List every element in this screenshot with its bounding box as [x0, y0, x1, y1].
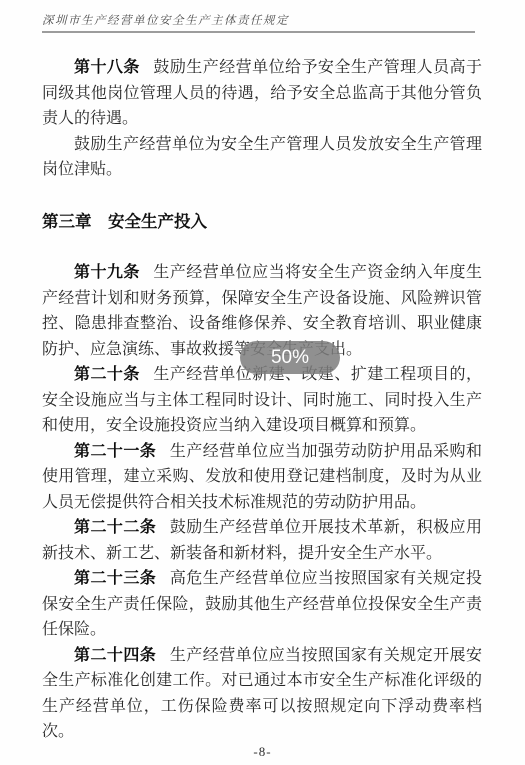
document-body: 第十八条鼓励生产经营单位给予安全生产管理人员高于同级其他岗位管理人员的待遇，给予…: [42, 55, 482, 745]
article-24-number: 第二十四条: [74, 647, 156, 664]
article-18-paragraph-2-text: 鼓励生产经营单位为安全生产管理人员发放安全生产管理岗位津贴。: [42, 136, 482, 179]
article-18-paragraph: 第十八条鼓励生产经营单位给予安全生产管理人员高于同级其他岗位管理人员的待遇，给予…: [42, 55, 482, 132]
chapter-3-heading: 第三章 安全生产投入: [42, 209, 482, 235]
article-21-number: 第二十一条: [74, 443, 156, 460]
article-21-paragraph: 第二十一条生产经营单位应当加强劳动防护用品采购和使用管理，建立采购、发放和使用登…: [42, 439, 482, 516]
article-22-number: 第二十二条: [74, 519, 156, 536]
article-23-number: 第二十三条: [74, 570, 156, 587]
page-number: -8-: [0, 744, 525, 760]
document-page: 深圳市生产经营单位安全生产主体责任规定 第十八条鼓励生产经营单位给予安全生产管理…: [0, 0, 525, 765]
article-18-paragraph-2: 鼓励生产经营单位为安全生产管理人员发放安全生产管理岗位津贴。: [42, 132, 482, 183]
article-19-number: 第十九条: [74, 264, 140, 281]
running-header-title: 深圳市生产经营单位安全生产主体责任规定: [42, 12, 289, 28]
article-24-paragraph: 第二十四条生产经营单位应当按照国家有关规定开展安全生产标准化创建工作。对已通过本…: [42, 643, 482, 745]
header-divider-line: [42, 31, 475, 33]
article-18-number: 第十八条: [74, 59, 140, 76]
article-20-number: 第二十条: [74, 366, 140, 383]
reading-progress-toast: 50%: [240, 341, 340, 374]
article-22-paragraph: 第二十二条鼓励生产经营单位开展技术革新，积极应用新技术、新工艺、新装备和新材料，…: [42, 515, 482, 566]
article-23-paragraph: 第二十三条高危生产经营单位应当按照国家有关规定投保安全生产责任保险，鼓励其他生产…: [42, 566, 482, 643]
